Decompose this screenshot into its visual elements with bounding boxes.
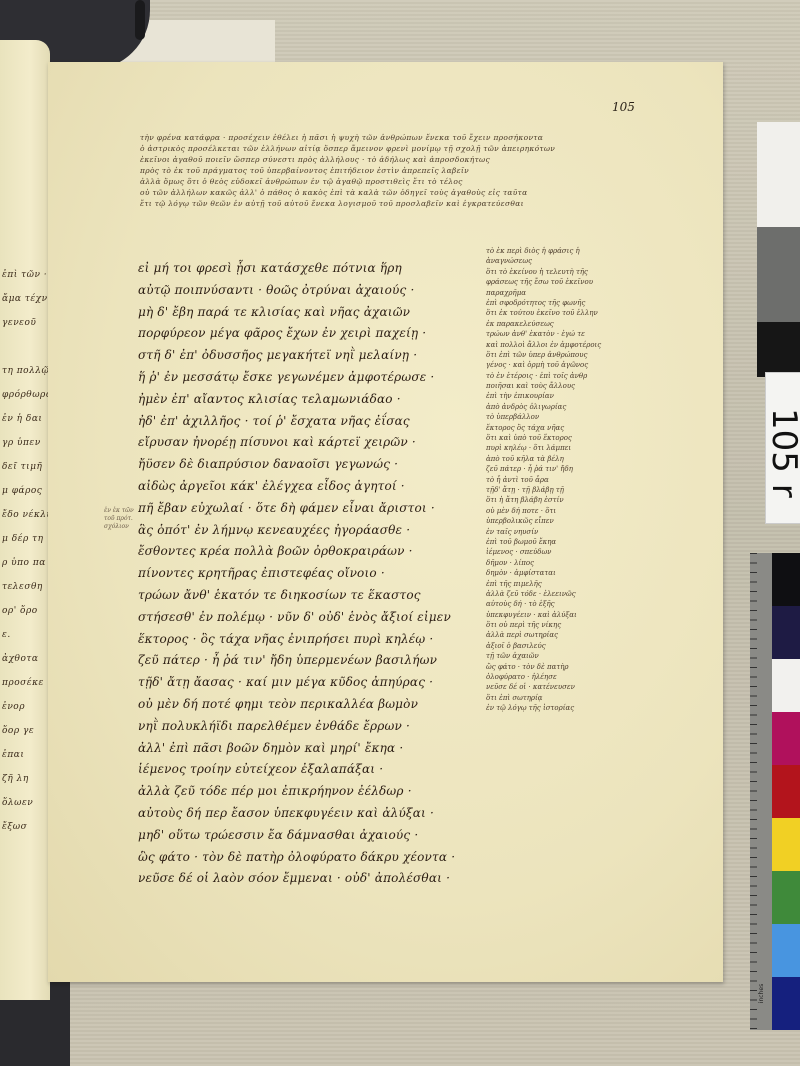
line-text: αἰδὼς ἀργεῖοι κάκ' ἐλέγχεα εἶδος ἀγητοί … [138, 479, 405, 493]
text-line: οὐ μὲν δή ποτέ φημι τεὸν περικαλλέα βωμὸ… [138, 694, 508, 716]
color-swatch-magenta [772, 712, 800, 765]
line-text: αὐτοὺς δή περ ἔασον ὑπεκφυγέειν καὶ ἀλύξ… [138, 806, 434, 820]
scholia-line: ἀναγνώσεως [486, 256, 651, 266]
scholia-line: τὸ ἦ ἀντὶ τοῦ ἆρα [486, 475, 651, 485]
scholia-line: ὅτι ἐκ τούτου ἐκεῖνο τοῦ ἑλλην [486, 308, 651, 318]
scholia-line: ἐπὶ τὴν ἐπικουρίαν [486, 391, 651, 401]
measurement-ruler [750, 553, 772, 1030]
line-text: ἠμὲν ἐπ' αἴαντος κλισίας τελαμωνιάδαο · [138, 392, 401, 406]
text-line: νεῦσε δέ οἱ λαὸν σόον ἔμμεναι · οὐδ' ἀπο… [138, 868, 508, 890]
text-line: μὴ δ' ἔβη παρά τε κλισίας καὶ νῆας ἀχαιῶ… [138, 302, 508, 324]
scholia-line: ὅτι καὶ ὑπὸ τοῦ ἕκτορος [486, 433, 651, 443]
line-text: νηῒ πολυκλήϊδι παρελθέμεν ἐνθάδε ἔρρων · [138, 719, 410, 733]
color-swatch-cyan [772, 924, 800, 977]
scholia-line: ὅτι τὸ ἐκείνου ἡ τελευτὴ τῆς [486, 267, 651, 277]
verso-line: ἄμα τέχνῃ [2, 294, 50, 304]
text-line: ἤϋσεν δὲ διαπρύσιον δαναοῖσι γεγωνώς · [138, 454, 508, 476]
folio-label-card: 105 r [765, 372, 800, 524]
line-text: ἀλλ' ἐπὶ πᾶσι βοῶν δημὸν καὶ μηρί' ἔκηα … [138, 741, 403, 755]
verso-line: τελεσθη [2, 582, 43, 592]
line-text: τρώων ἄνθ' ἑκατόν τε διηκοσίων τε ἕκαστο… [138, 588, 421, 602]
line-text: πορφύρεον μέγα φᾶρος ἔχων ἐν χειρὶ παχεί… [138, 326, 426, 340]
text-line: μηδ' οὕτω τρώεσσιν ἔα δάμνασθαι ἀχαιούς … [138, 825, 508, 847]
scholia-line: πυρὶ κηλέῳ · ὅτι λάμπει [486, 443, 651, 453]
scholia-line: νεῦσε δέ οἱ · κατένευσεν [486, 682, 651, 692]
verso-line: τη πολλῷ [2, 366, 49, 376]
scholia-line: ἀπὸ τοῦ κῆλα τὰ βέλη [486, 454, 651, 464]
text-line: ἱέμενος τροίην εὐτείχεον ἐξαλαπάξαι · [138, 759, 508, 781]
scholia-line: ἐκεῖνοι ἀγαθοῦ ποιεῖν ὥσπερ σύνεστι πρὸς… [140, 154, 720, 165]
verso-line: ἔξωσ [2, 822, 27, 832]
verso-line: ἀχθοτα [2, 654, 38, 664]
scholia-line: ὑπερβολικῶς εἶπεν [486, 516, 651, 526]
margin-note-left: ἐν ἐκ τῶντοῦ πρότ.σχόλιον [104, 507, 134, 531]
text-line: αἰδὼς ἀργεῖοι κάκ' ἐλέγχεα εἶδος ἀγητοί … [138, 476, 508, 498]
line-text: μὴ δ' ἔβη παρά τε κλισίας καὶ νῆας ἀχαιῶ… [138, 305, 410, 319]
scholia-line: ἕκτορος ὃς τάχα νῆας [486, 423, 651, 433]
scholia-line: δῆμον · λίπος [486, 558, 651, 568]
scholia-line: ἔτι τῷ λόγῳ τῶν θεῶν ἐν αὐτῇ τοῦ αὐτοῦ ἕ… [140, 198, 720, 209]
line-text: νεῦσε δέ οἱ λαὸν σόον ἔμμεναι · οὐδ' ἀπο… [138, 871, 450, 885]
verso-line: φρόρθωρον [2, 390, 50, 400]
text-line: στῆ δ' ἐπ' ὀδυσσῆος μεγακήτεϊ νηῒ μελαίν… [138, 345, 508, 367]
verso-line: ε. [2, 630, 11, 640]
verso-line: ζῆ λη [2, 774, 29, 784]
line-text: ἱέμενος τροίην εὐτείχεον ἐξαλαπάξαι · [138, 762, 383, 776]
text-line: ἥ ῥ' ἐν μεσσάτῳ ἔσκε γεγωνέμεν ἀμφοτέρωσ… [138, 367, 508, 389]
line-text: μηδ' οὕτω τρώεσσιν ἔα δάμνασθαι ἀχαιούς … [138, 828, 418, 842]
scholia-line: ὑπεκφυγέειν · καὶ ἀλύξαι [486, 610, 651, 620]
folio-label-text: 105 r [764, 408, 800, 488]
scholia-line: ἐκ παρακελεύσεως [486, 319, 651, 329]
line-text: ἃς ὁπότ' ἐν λήμνῳ κενεαυχέες ἠγοράασθε · [138, 523, 410, 537]
line-text: ἕκτορος · ὃς τάχα νῆας ἐνιπρήσει πυρὶ κη… [138, 632, 433, 646]
text-line: ἀλλὰ ζεῦ τόδε πέρ μοι ἐπικρήηνον ἐέλδωρ … [138, 781, 508, 803]
margin-note-line: σχόλιον [104, 523, 134, 531]
grey-patch-black [757, 322, 800, 377]
verso-line: ὅορ γε [2, 726, 34, 736]
line-text: πίνοντες κρητῆρας ἐπιστεφέας οἴνοιο · [138, 566, 385, 580]
verso-line: ρ ὑπο πα [2, 558, 46, 568]
verso-line: μ φάρος [2, 486, 42, 496]
scholia-line: ἐν ταῖς νηυσίν [486, 527, 651, 537]
holding-strap [135, 0, 145, 40]
scholia-line: ὅτι ἐπὶ τῶν ὑπερ ἀνθρώπους [486, 350, 651, 360]
text-line: ἠδ' ἐπ' ἀχιλλῆος · τοί ῥ' ἔσχατα νῆας ἐΐ… [138, 411, 508, 433]
scholia-top-block: τὴν φρένα κατάφρα · προσέχειν ἐθέλει ἡ π… [140, 132, 720, 209]
scholia-line: ὅτι ἡ ἄτη βλάβη ἐστίν [486, 495, 651, 505]
scholia-line: παραχρῆμα [486, 288, 651, 298]
scholia-line: δημὸν · ἀμφίσταται [486, 568, 651, 578]
color-swatch-yellow [772, 818, 800, 871]
text-line: τῇδ' ἄτῃ ἄασας · καί μιν μέγα κῦδος ἀπηύ… [138, 672, 508, 694]
line-text: ἤϋσεν δὲ διαπρύσιον δαναοῖσι γεγωνώς · [138, 457, 398, 471]
scholia-line: ἀξιοῖ ὁ βασιλεύς [486, 641, 651, 651]
scholia-line: τρώων ἀνθ' ἑκατὸν · ἐγώ τε [486, 329, 651, 339]
scholia-line: τὸ ἐν ἑτέροις · ἐπὶ τοῖς ἀνθρ [486, 371, 651, 381]
scholia-line: ὅτι οὐ περὶ τῆς νίκης [486, 620, 651, 630]
main-text-block: εἰ μή τοι φρεσὶ ᾗσι κατάσχεθε πότνια ἥρη… [138, 258, 508, 890]
scholia-line: ἐπὶ τῆς πιμελῆς [486, 579, 651, 589]
line-text: αὐτῷ ποιπνύσαντι · θοῶς ὀτρύναι ἀχαιούς … [138, 283, 414, 297]
verso-line: ἐνορ [2, 702, 25, 712]
scholia-line: ὀλοφύρατο · ἠλέησε [486, 672, 651, 682]
verso-line: ὅλωεν [2, 798, 33, 808]
verso-line: ἐπὶ τῶν · [2, 270, 47, 280]
scholia-line: οὐ μὲν δή ποτε · ὅτι [486, 506, 651, 516]
line-text: ἀλλὰ ζεῦ τόδε πέρ μοι ἐπικρήηνον ἐέλδωρ … [138, 784, 412, 798]
folio-number: 105 [612, 100, 635, 114]
verso-line: μ δέρ τη [2, 534, 43, 544]
verso-line: ἐν ἡ δαι [2, 414, 42, 424]
verso-line: ἐπαι [2, 750, 24, 760]
color-swatch-dark-blue [772, 606, 800, 659]
color-swatch-white [772, 659, 800, 712]
scholia-line: ὣς φάτο · τὸν δὲ πατὴρ [486, 662, 651, 672]
scholia-line: ἀλλὰ ζεῦ τόδε · ἐλεεινῶς [486, 589, 651, 599]
text-line: ζεῦ πάτερ · ἦ ῥά τιν' ἤδη ὑπερμενέων βασ… [138, 650, 508, 672]
text-line: >πορφύρεον μέγα φᾶρος ἔχων ἐν χειρὶ παχε… [138, 323, 508, 345]
color-swatch-red [772, 765, 800, 818]
scholia-line: γένος · καὶ ὁρμὴ τοῦ ἀγῶνος [486, 360, 651, 370]
facing-page-verso: ἐπὶ τῶν ·ἄμα τέχνῃγενεοῦτη πολλῷφρόρθωρο… [0, 40, 50, 1000]
scholia-line: φράσεως τῆς ἔσω τοῦ ἐκεῖνου [486, 277, 651, 287]
color-swatch-green [772, 871, 800, 924]
text-line: πίνοντες κρητῆρας ἐπιστεφέας οἴνοιο · [138, 563, 508, 585]
text-line: ἠμὲν ἐπ' αἴαντος κλισίας τελαμωνιάδαο · [138, 389, 508, 411]
scholia-line: ἀπὸ ἀνδρὸς ὀλιγωρίας [486, 402, 651, 412]
line-text: οὐ μὲν δή ποτέ φημι τεὸν περικαλλέα βωμὸ… [138, 697, 418, 711]
scholia-line: καὶ πολλοὶ ἄλλοι ἐν ἀμφοτέροις [486, 340, 651, 350]
line-text: εἴρυσαν ἠνορέῃ πίσυνοι καὶ κάρτεϊ χειρῶν… [138, 435, 416, 449]
text-line: αὐτῷ ποιπνύσαντι · θοῶς ὀτρύναι ἀχαιούς … [138, 280, 508, 302]
scholia-line: πρὸς τὸ ἐκ τοῦ πράγματος τοῦ ὑπερβαίνοντ… [140, 165, 720, 176]
text-line: πῆ ἔβαν εὐχωλαί · ὅτε δὴ φάμεν εἶναι ἄρι… [138, 498, 508, 520]
grey-patch-grey [757, 227, 800, 322]
text-line: εἰ μή τοι φρεσὶ ᾗσι κατάσχεθε πότνια ἥρη [138, 258, 508, 280]
line-text: τῇδ' ἄτῃ ἄασας · καί μιν μέγα κῦδος ἀπηύ… [138, 675, 433, 689]
text-line: ἔσθοντες κρέα πολλὰ βοῶν ὀρθοκραιράων · [138, 541, 508, 563]
scholia-line: τὴν φρένα κατάφρα · προσέχειν ἐθέλει ἡ π… [140, 132, 720, 143]
color-swatch-black [772, 553, 800, 606]
text-line: >τρώων ἄνθ' ἑκατόν τε διηκοσίων τε ἕκαστ… [138, 585, 508, 607]
margin-note-line: τοῦ πρότ. [104, 515, 134, 523]
verso-line: προσέκε [2, 678, 44, 688]
verso-line: ἔδο νέκλιν [2, 510, 50, 520]
scholia-right-block: τὸ ἐκ περὶ διὸς ἡ φράσις ἡἀναγνώσεωςὅτι … [486, 246, 651, 714]
scholia-line: ἐπὶ τοῦ βωμοῦ ἔκηα [486, 537, 651, 547]
text-line: αὐτοὺς δή περ ἔασον ὑπεκφυγέειν καὶ ἀλύξ… [138, 803, 508, 825]
scholia-line: ὅτι ἐπὶ σωτηρίᾳ [486, 693, 651, 703]
scholia-line: ὁ ἀστρικὸς προσέλκεται τῶν ἑλλήνων αἰτίᾳ… [140, 143, 720, 154]
text-line: —ἃς ὁπότ' ἐν λήμνῳ κενεαυχέες ἠγοράασθε … [138, 520, 508, 542]
line-text: εἰ μή τοι φρεσὶ ᾗσι κατάσχεθε πότνια ἥρη [138, 261, 402, 275]
scholia-line: οὐ τῶν ἀλλήλων κακῶς ἀλλ' ὁ πάθος ὁ κακὸ… [140, 187, 720, 198]
scholia-line: ἀλλὰ περὶ σωτηρίας [486, 630, 651, 640]
line-text: στήσεσθ' ἐν πολέμῳ · νῦν δ' οὐδ' ἑνὸς ἄξ… [138, 610, 451, 624]
line-text: στῆ δ' ἐπ' ὀδυσσῆος μεγακήτεϊ νηῒ μελαίν… [138, 348, 417, 362]
scholia-line: τὸ ὑπερβάλλον [486, 412, 651, 422]
ruler-label: inches [758, 984, 765, 1003]
line-text: ἠδ' ἐπ' ἀχιλλῆος · τοί ῥ' ἔσχατα νῆας ἐΐ… [138, 414, 410, 428]
text-line: >νηῒ πολυκλήϊδι παρελθέμεν ἐνθάδε ἔρρων … [138, 716, 508, 738]
scholia-line: τῇ τῶν ἀχαιῶν [486, 651, 651, 661]
scholia-line: αὐτοὺς δή · τὸ ἑξῆς [486, 599, 651, 609]
text-line: στήσεσθ' ἐν πολέμῳ · νῦν δ' οὐδ' ἑνὸς ἄξ… [138, 607, 508, 629]
grey-patch-white [757, 122, 800, 227]
text-line: εἴρυσαν ἠνορέῃ πίσυνοι καὶ κάρτεϊ χειρῶν… [138, 432, 508, 454]
scholia-line: τὸ ἐκ περὶ διὸς ἡ φράσις ἡ [486, 246, 651, 256]
scholia-line: ἀλλὰ ὅμως ὅτι ὁ θεὸς εὐδοκεῖ ἀνθρώπων ἐν… [140, 176, 720, 187]
line-text: πῆ ἔβαν εὐχωλαί · ὅτε δὴ φάμεν εἶναι ἄρι… [138, 501, 435, 515]
scholia-line: ἱέμενος · σπεύδων [486, 547, 651, 557]
margin-note-line: ἐν ἐκ τῶν [104, 507, 134, 515]
line-text: ἔσθοντες κρέα πολλὰ βοῶν ὀρθοκραιράων · [138, 544, 413, 558]
scholia-line: ζεῦ πάτερ · ἦ ῥά τιν' ἤδη [486, 464, 651, 474]
text-line: —ἕκτορος · ὃς τάχα νῆας ἐνιπρήσει πυρὶ κ… [138, 629, 508, 651]
scholia-line: ἐν τῷ λόγῳ τῆς ἱστορίας [486, 703, 651, 713]
line-text: ἥ ῥ' ἐν μεσσάτῳ ἔσκε γεγωνέμεν ἀμφοτέρωσ… [138, 370, 434, 384]
text-line: ὣς φάτο · τὸν δὲ πατὴρ ὀλοφύρατο δάκρυ χ… [138, 847, 508, 869]
line-text: ζεῦ πάτερ · ἦ ῥά τιν' ἤδη ὑπερμενέων βασ… [138, 653, 437, 667]
verso-line: γρ ὑπεν [2, 438, 41, 448]
scholia-line: ποιῆσαι καὶ τοὺς ἄλλους [486, 381, 651, 391]
text-line: ἀλλ' ἐπὶ πᾶσι βοῶν δημὸν καὶ μηρί' ἔκηα … [138, 738, 508, 760]
verso-line: γενεοῦ [2, 318, 36, 328]
scholia-line: ἐπὶ σφοδρότητος τῆς φωνῆς [486, 298, 651, 308]
scholia-line: τῇδ' ἄτῃ · τῇ βλάβῃ τῇ [486, 485, 651, 495]
verso-line: δεῖ τιμῆ [2, 462, 42, 472]
verso-line: ορ' ὅρο [2, 606, 38, 616]
color-swatch-navy [772, 977, 800, 1030]
line-text: ὣς φάτο · τὸν δὲ πατὴρ ὀλοφύρατο δάκρυ χ… [138, 850, 455, 864]
